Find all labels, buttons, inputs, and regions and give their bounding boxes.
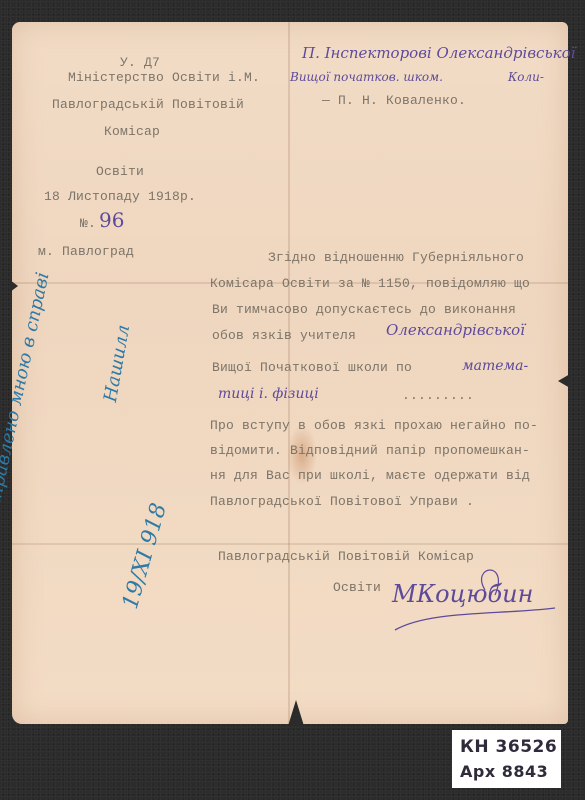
body-line-2: Комісара Освіти за № 1150, повідомляю що (210, 276, 530, 291)
addressee-handwritten-line1: П. Інспекторові Олександрівської (302, 44, 575, 62)
city-name: м. Павлоград (38, 244, 134, 259)
document-date: 18 Листопаду 1918р. (44, 189, 196, 204)
document-code: У. Д7 (120, 55, 160, 70)
office-title-line1: Павлоградській Повітовій (52, 97, 244, 112)
archive-label-line2: Арх 8843 (460, 762, 548, 781)
document-number-label: №. (80, 216, 96, 231)
fold-line-horizontal-bottom (12, 543, 568, 545)
office-title-line2: Комісар (104, 124, 160, 139)
body-line-4: обов язків учителя (212, 328, 356, 343)
body-line-1: Згідно відношенню Губерніяльного (268, 250, 524, 265)
signature-title-line2: Освіти (333, 580, 381, 595)
addressee-handwritten-line2-tail: Коли- (508, 70, 544, 84)
paper-tear-right (558, 374, 570, 388)
body-line-3: Ви тимчасово допускаєтесь до виконання (212, 302, 516, 317)
subject-handwritten-b: тиці і. фізиці (218, 386, 319, 402)
paragraph2-line-4: Павлоградської Повітової Управи . (210, 494, 474, 509)
paper-tear-bottom (288, 700, 304, 726)
paragraph2-line-2: відомити. Відповідний папір пропомешкан- (210, 443, 530, 458)
archive-label: КН 36526 Арх 8843 (452, 730, 561, 788)
subject-handwritten-a: матема- (462, 358, 528, 374)
paper-tear-left (10, 280, 18, 292)
archive-label-line1: КН 36526 (460, 737, 557, 757)
paragraph2-line-3: ня для Вас при школі, маєте одержати від (210, 468, 530, 483)
addressee-typed-name: — П. Н. Коваленко. (322, 93, 466, 108)
dotted-fill: ......... (402, 388, 474, 403)
document-number-value: 96 (99, 208, 124, 232)
ministry-title: Міністерство Освіти і.М. (68, 70, 260, 85)
school-name-handwritten: Олександрівської (386, 321, 525, 339)
signature-flourish-icon (390, 560, 560, 640)
addressee-handwritten-line2: Вищої початков. шком. (290, 70, 443, 84)
body-line-5: Вищої Початкової школи по (212, 360, 412, 375)
office-title-line3: Освіти (96, 164, 144, 179)
paragraph2-line-1: Про вступу в обов язкі прохаю негайно по… (210, 418, 538, 433)
